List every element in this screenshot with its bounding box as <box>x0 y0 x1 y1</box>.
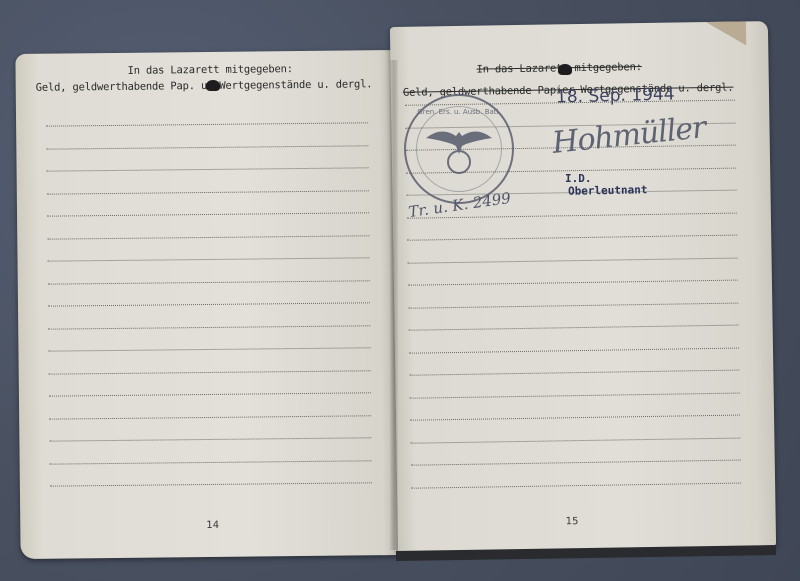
left-dotted-lines <box>46 122 372 508</box>
stamp-date: 18. Sep. 1944 <box>556 84 675 107</box>
title-jd: I.D. <box>565 172 592 185</box>
right-page-number: 15 <box>566 516 579 527</box>
punch-hole <box>558 64 572 75</box>
punch-hole <box>206 80 220 91</box>
left-page: In das Lazarett mitgegeben: Geld, geldwe… <box>15 50 398 559</box>
left-header-line1: In das Lazarett mitgegeben: <box>127 63 292 77</box>
official-stamp: Gren. Ers. u. Ausb. Batl. <box>404 94 514 204</box>
folded-corner <box>706 21 746 46</box>
open-booklet: In das Lazarett mitgegeben: Geld, geldwe… <box>0 0 800 581</box>
left-header-line2: Geld, geldwerthabende Pap. u. Wertgegens… <box>36 78 373 94</box>
left-page-number: 14 <box>206 520 219 531</box>
book-spine <box>390 60 398 550</box>
rank-label: Oberleutnant <box>568 183 648 197</box>
eagle-emblem-icon: Gren. Ers. u. Ausb. Batl. <box>406 96 512 202</box>
svg-text:Gren. Ers. u. Ausb. Batl.: Gren. Ers. u. Ausb. Batl. <box>417 108 500 116</box>
